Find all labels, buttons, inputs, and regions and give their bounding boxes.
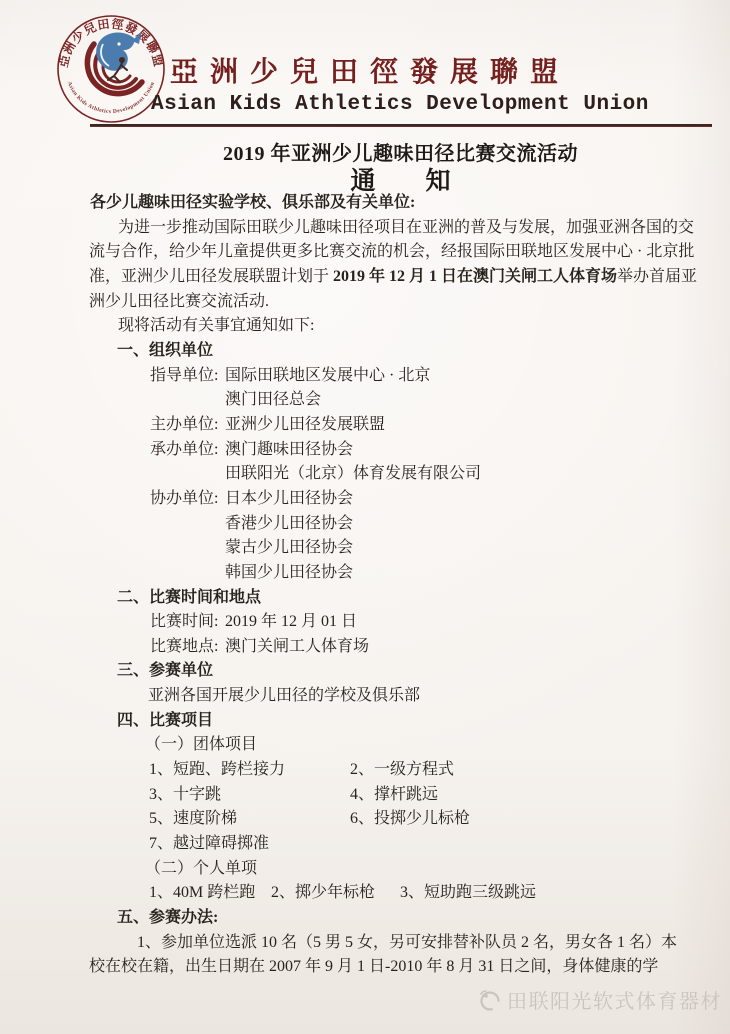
schedule-row-venue: 比赛地点:澳门关闸工人体育场 (0, 635, 730, 660)
org-row-value: 国际田联地区发展中心 · 北京 (225, 367, 430, 384)
schedule-label: 比赛地点: (150, 635, 225, 660)
intro-line: 流与合作，给少年儿童提供更多比赛交流的机会，经报国际田联地区发展中心 · 北京批 (0, 240, 730, 265)
team-events-row-3: 7、越过障碍掷准 (0, 832, 730, 857)
org-name-chinese: 亞洲少兒田徑發展聯盟 (170, 50, 570, 90)
org-row-2: 主办单位:亚洲少儿田径发展联盟 (0, 413, 730, 438)
org-row-6: 香港少儿田径协会 (0, 512, 730, 537)
section-heading-organizers: 一、组织单位 (0, 339, 730, 364)
watermark-logo-icon (478, 988, 502, 1012)
schedule-row-time: 比赛时间:2019 年 12 月 01 日 (0, 610, 730, 635)
section-heading-method: 五、参赛办法: (0, 906, 730, 931)
event-item: 6、投掷少儿标枪 (350, 807, 470, 832)
org-row-5: 协办单位:日本少儿田径协会 (0, 487, 730, 512)
org-name-english: Asian Kids Athletics Development Union (151, 93, 649, 116)
section-heading-participants: 三、参赛单位 (0, 659, 730, 684)
event-item: 1、短跑、跨栏接力 (149, 758, 350, 783)
notice-body: 各少儿趣味田径实验学校、俱乐部及有关单位: 为进一步推动国际田联少儿趣味田径项目… (0, 191, 730, 980)
document-page: 亞洲少兒田徑發展聯盟 Asian Kids Athletics Developm… (0, 0, 730, 1034)
salutation: 各少儿趣味田径实验学校、俱乐部及有关单位: (0, 191, 730, 216)
event-item: 2、掷少年标枪 (271, 881, 400, 906)
event-item: 1、40M 跨栏跑 (149, 881, 271, 906)
method-line: 校在校在籍，出生日期在 2007 年 9 月 1 日-2010 年 8 月 31… (0, 955, 730, 980)
team-events-title: （一）团体项目 (0, 733, 730, 758)
org-row-label: 协办单位: (150, 487, 225, 512)
method-line: 1、参加单位选派 10 名（5 男 5 女，另可安排替补队员 2 名，男女各 1… (0, 931, 730, 956)
event-item: 3、十字跳 (149, 783, 350, 808)
team-events-row-0: 1、短跑、跨栏接力2、一级方程式 (0, 758, 730, 783)
intro-line: 为进一步推动国际田联少儿趣味田径项目在亚洲的普及与发展，加强亚洲各国的交 (0, 216, 730, 241)
schedule-value: 2019 年 12 月 01 日 (225, 613, 357, 630)
dolphin-icon (96, 32, 141, 71)
letterhead-divider (90, 124, 712, 127)
team-events-row-1: 3、十字跳4、撑杆跳远 (0, 783, 730, 808)
org-row-0: 指导单位:国际田联地区发展中心 · 北京 (0, 364, 730, 389)
section-heading-events: 四、比赛项目 (0, 709, 730, 734)
schedule-label: 比赛时间: (150, 610, 225, 635)
event-item: 5、速度阶梯 (149, 807, 350, 832)
org-row-value: 亚洲少儿田径发展联盟 (225, 416, 385, 433)
event-item: 7、越过障碍掷准 (149, 832, 350, 857)
org-row-value: 澳门趣味田径协会 (225, 441, 353, 458)
section-heading-schedule: 二、比赛时间和地点 (0, 586, 730, 611)
followup-line: 现将活动有关事宜通知如下: (0, 314, 730, 339)
event-item: 2、一级方程式 (350, 758, 454, 783)
participants-text: 亚洲各国开展少儿田径的学校及俱乐部 (0, 684, 730, 709)
intro-line: 洲少儿田径比赛交流活动. (0, 290, 730, 315)
event-date-venue: 2019 年 12 月 1 日在澳门关闸工人体育场 (333, 268, 617, 285)
intro-line: 准，亚洲少儿田径发展联盟计划于 2019 年 12 月 1 日在澳门关闸工人体育… (0, 265, 730, 290)
watermark-text: 田联阳光软式体育器材 (507, 985, 722, 1014)
org-row-8: 韩国少儿田径协会 (0, 561, 730, 586)
schedule-value: 澳门关闸工人体育场 (225, 638, 369, 655)
team-events-row-2: 5、速度阶梯6、投掷少儿标枪 (0, 807, 730, 832)
org-row-label: 主办单位: (150, 413, 225, 438)
intro-text: 举办首届亚 (617, 268, 697, 285)
event-item: 3、短助跑三级跳远 (400, 884, 536, 901)
watermark: 田联阳光软式体育器材 (478, 985, 722, 1014)
org-logo-badge: 亞洲少兒田徑發展聯盟 Asian Kids Athletics Developm… (56, 14, 166, 124)
org-row-7: 蒙古少儿田径协会 (0, 536, 730, 561)
org-row-label: 指导单位: (150, 364, 225, 389)
event-item: 4、撑杆跳远 (350, 783, 438, 808)
individual-events-row: 1、40M 跨栏跑2、掷少年标枪3、短助跑三级跳远 (0, 881, 730, 906)
org-row-value: 日本少儿田径协会 (225, 490, 353, 507)
org-row-label: 承办单位: (150, 438, 225, 463)
individual-events-title: （二）个人单项 (0, 857, 730, 882)
org-row-3: 承办单位:澳门趣味田径协会 (0, 438, 730, 463)
intro-text: 准，亚洲少儿田径发展联盟计划于 (89, 268, 333, 285)
org-row-1: 澳门田径总会 (0, 388, 730, 413)
org-row-4: 田联阳光（北京）体育发展有限公司 (0, 462, 730, 487)
